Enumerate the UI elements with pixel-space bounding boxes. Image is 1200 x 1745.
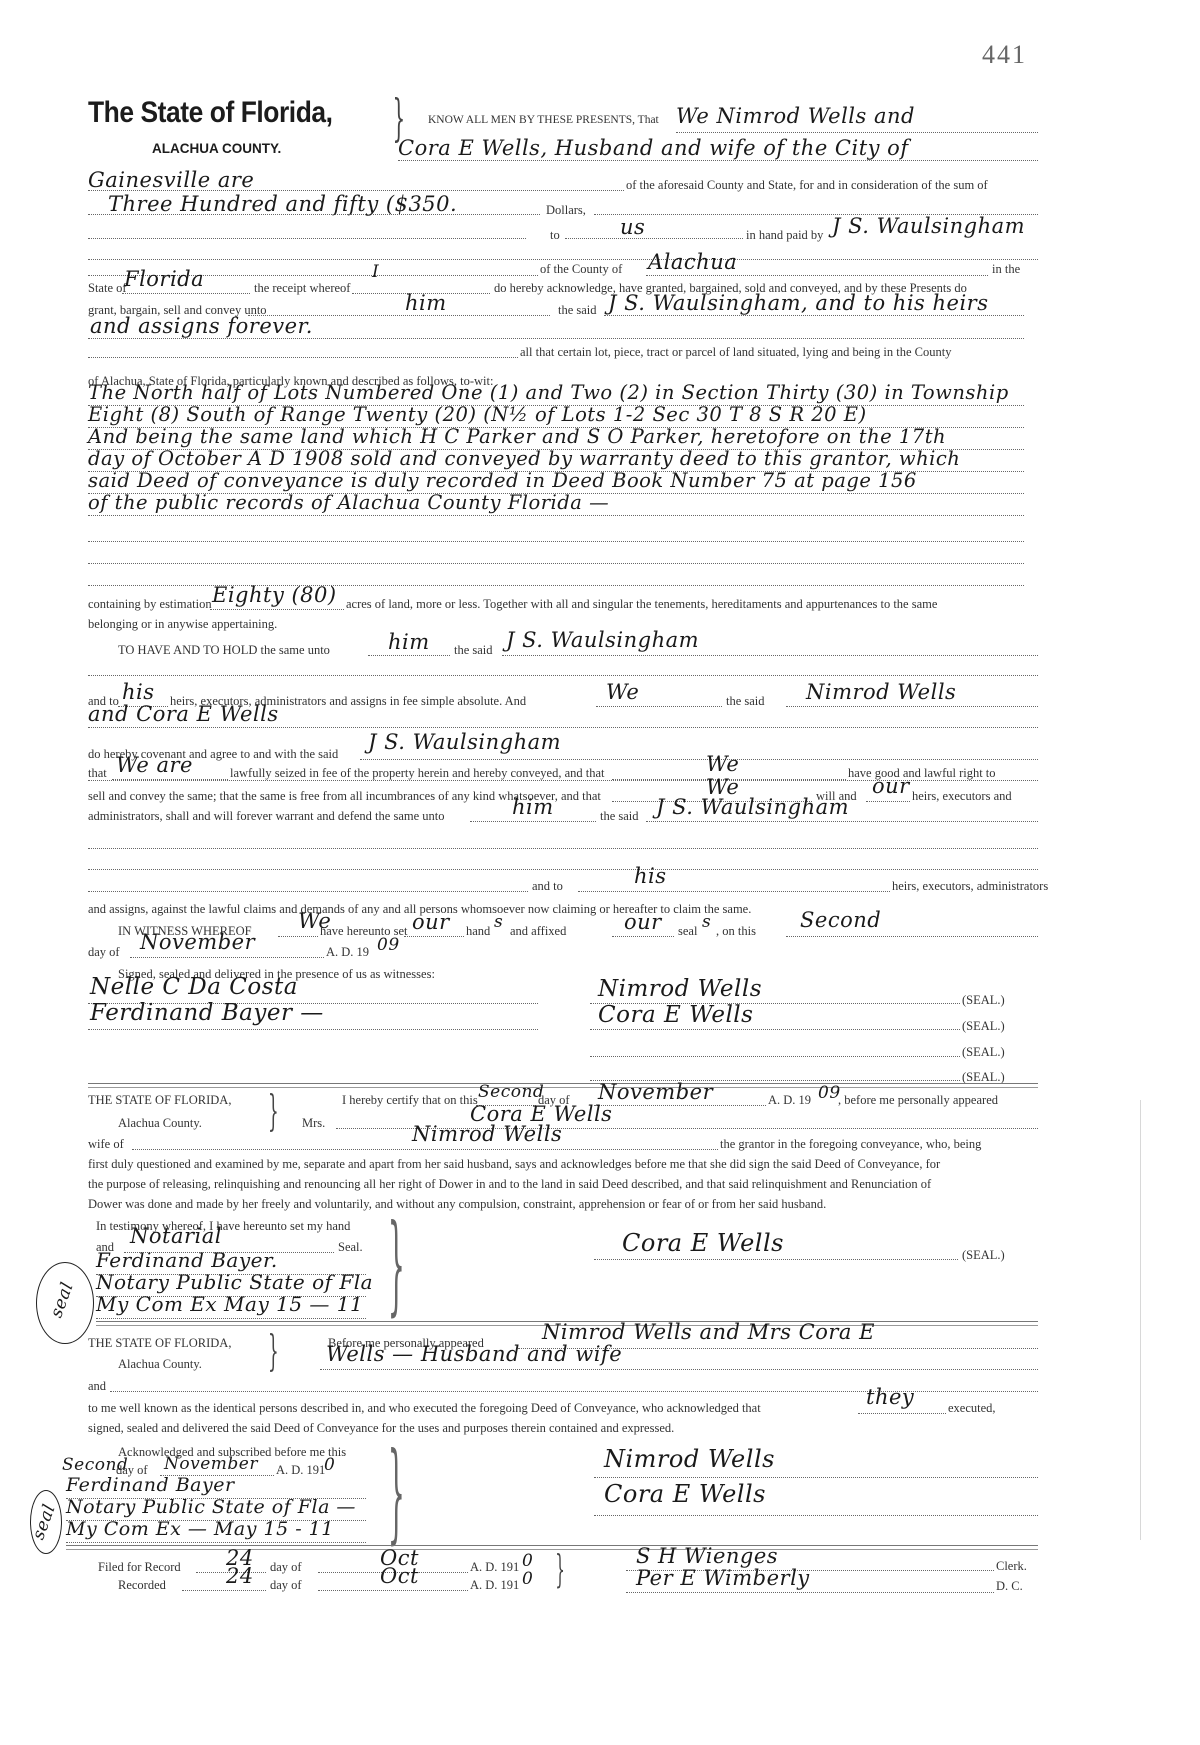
joint-ack-state: THE STATE OF FLORIDA, (88, 1336, 231, 1351)
joint-signature: Cora E Wells (604, 1480, 766, 1508)
state-of-label: State of (88, 281, 127, 296)
filed-label: Filed for Record (98, 1560, 181, 1575)
before-value-2: Wells — Husband and wife (326, 1342, 622, 1366)
well-known-text: to me well known as the identical person… (88, 1401, 761, 1416)
hand-label: hand (466, 924, 490, 939)
before-value: Nimrod Wells and Mrs Cora E (542, 1320, 875, 1344)
and-to-2-value: his (634, 864, 667, 888)
know-all-label: KNOW ALL MEN BY THESE PRESENTS, That (428, 114, 659, 126)
estimation-label: containing by estimation (88, 597, 212, 612)
wife-of-label: wife of (88, 1137, 124, 1152)
notarial-value: Notarial (130, 1224, 222, 1248)
wife-ack-day: Second (478, 1082, 544, 1102)
description-line: day of October A D 1908 sold and conveye… (88, 447, 960, 470)
day-of-label: day of (88, 945, 120, 960)
notary-line: Ferdinand Bayer. (96, 1248, 278, 1272)
admin-said-label: the said (600, 809, 639, 824)
grantors-line-1: We Nimrod Wells and (676, 104, 915, 128)
admin-value: him (512, 795, 554, 819)
seal-mark: (SEAL.) (962, 1045, 1005, 1060)
joint-ack-month: November (164, 1454, 258, 1474)
certify-text: I hereby certify that on this (342, 1093, 478, 1108)
deputy-clerk-signature: Per E Wimberly (636, 1566, 810, 1590)
document-title: The State of Florida, (88, 96, 333, 130)
witness-signature: Nelle C Da Costa (90, 974, 298, 1000)
and-label: and (88, 1379, 106, 1394)
wife-ack-month: November (598, 1080, 713, 1104)
recorded-year: 0 (522, 1569, 533, 1589)
wife-ack-state: THE STATE OF FLORIDA, (88, 1093, 231, 1108)
page-number: 441 (982, 40, 1027, 70)
mrs-label: Mrs. (302, 1116, 325, 1131)
estimation-value: Eighty (80) (212, 583, 337, 607)
the-said-label: the said (558, 303, 597, 318)
executed-text: executed, (948, 1401, 996, 1416)
to-value: us (620, 215, 645, 239)
description-line: The North half of Lots Numbered One (1) … (88, 381, 1009, 404)
said-value: Nimrod Wells (806, 680, 956, 704)
wife-ack-body: Dower was done and made by her freely an… (88, 1197, 826, 1212)
wife-of-value: Nimrod Wells (412, 1122, 562, 1146)
assigns-line: and assigns forever. (90, 314, 313, 338)
notary-line: My Com Ex May 15 — 11 (96, 1292, 363, 1316)
lot-text: all that certain lot, piece, tract or pa… (520, 345, 951, 360)
day-of-label: day of (270, 1560, 302, 1575)
will-value: our (872, 774, 910, 798)
grantors-line-3: Gainesville are (88, 168, 254, 192)
month-value: November (140, 930, 255, 954)
and-to-2-label: and to (532, 879, 563, 894)
brace: } (555, 1548, 565, 1590)
grantee-line: J S. Waulsingham, and to his heirs (608, 291, 988, 315)
dollars-label: Dollars, (546, 203, 586, 218)
description-line: Eight (8) South of Range Twenty (20) (N½… (88, 403, 867, 426)
seal-suffix: s (702, 912, 711, 932)
clerk-signature: S H Wienges (636, 1544, 778, 1568)
seal-label: seal (678, 924, 697, 939)
grantor-signature: Nimrod Wells (598, 976, 762, 1002)
aforesaid-text: of the aforesaid County and State, for a… (626, 178, 988, 193)
seal-text: Seal. (338, 1240, 363, 1255)
on-this-label: , on this (716, 924, 756, 939)
paid-by-label: in hand paid by (746, 228, 823, 243)
grantors-line-2: Cora E Wells, Husband and wife of the Ci… (398, 136, 909, 160)
deputy-clerk-label: D. C. (996, 1579, 1023, 1594)
recorded-month: Oct (380, 1564, 419, 1588)
margin-line (1140, 1100, 1141, 1540)
description-line: said Deed of conveyance is duly recorded… (88, 469, 917, 492)
brace: } (388, 1210, 405, 1320)
seal-mark: (SEAL.) (962, 993, 1005, 1008)
and-to-value: his (122, 680, 155, 704)
notary-line: My Com Ex — May 15 - 11 (66, 1518, 334, 1540)
wife-ack-county: Alachua County. (118, 1116, 202, 1131)
brace: } (268, 1088, 279, 1134)
day-value: Second (800, 908, 881, 932)
wife-ack-body: first duly questioned and examined by me… (88, 1157, 940, 1172)
notary-line: Notary Public State of Fla — (66, 1496, 356, 1518)
state-of-value: Florida (124, 267, 204, 291)
description-line: And being the same land which H C Parker… (88, 425, 946, 448)
ad-label: A. D. 19 (326, 945, 369, 960)
admin-text: administrators, shall and will forever w… (88, 809, 444, 824)
that-value: We are (116, 753, 193, 777)
seal-mark: (SEAL.) (962, 1248, 1005, 1263)
wife-ack-body: the purpose of releasing, relinquishing … (88, 1177, 931, 1192)
to-have-label: TO HAVE AND TO HOLD the same unto (118, 643, 330, 658)
witness-signature: Ferdinand Bayer — (90, 1000, 324, 1026)
grantor-signature: Cora E Wells (598, 1002, 753, 1028)
seized-value: We (706, 752, 739, 776)
section-divider (66, 1545, 1038, 1550)
county-heading: ALACHUA COUNTY. (152, 141, 281, 156)
said-value-2: and Cora E Wells (88, 702, 279, 726)
and-value: We (606, 680, 639, 704)
amount-written: Three Hundred and fifty ($350. (108, 192, 457, 216)
in-the-label: in the (992, 262, 1020, 277)
seal-mark: (SEAL.) (962, 1019, 1005, 1034)
they-value: they (866, 1385, 914, 1409)
our-1-value: our (412, 910, 450, 934)
acres-text: acres of land, more or less. Together wi… (346, 597, 937, 612)
grantor-text: the grantor in the foregoing conveyance,… (720, 1137, 981, 1152)
before-me-text: , before me personally appeared (838, 1093, 998, 1108)
that-label: that (88, 766, 107, 781)
brace: } (388, 1438, 405, 1548)
affixed-label: and affixed (510, 924, 566, 939)
filed-year: 0 (522, 1551, 533, 1571)
paid-by-value: J S. Waulsingham (832, 214, 1025, 238)
the-said-label: the said (454, 643, 493, 658)
belonging-text: belonging or in anywise appertaining. (88, 617, 277, 632)
ad-label: A. D. 19 (768, 1093, 811, 1108)
to-have-value: him (388, 630, 430, 654)
habendum-grantee: J S. Waulsingham (506, 628, 699, 652)
receipt-label: the receipt whereof (254, 281, 350, 296)
description-line: of the public records of Alachua County … (88, 491, 609, 514)
county-of-label: of the County of (540, 262, 622, 277)
seized-text: lawfully seized in fee of the property h… (230, 766, 605, 781)
year-value: 09 (377, 935, 400, 955)
receipt-value: I (372, 262, 379, 282)
our-2-value: our (624, 910, 662, 934)
day-of-label: day of (270, 1578, 302, 1593)
notary-line: Notary Public State of Fla (96, 1270, 373, 1294)
signed-text: signed, sealed and delivered the said De… (88, 1421, 674, 1436)
clerk-label: Clerk. (996, 1559, 1027, 1574)
said-label: the said (726, 694, 765, 709)
section-divider (88, 1083, 1038, 1088)
grant-value: him (405, 291, 447, 315)
heirs-exec-text: heirs, executors and (912, 789, 1012, 804)
to-label: to (550, 228, 560, 243)
recorded-day: 24 (226, 1564, 254, 1588)
ad-label: A. D. 191 (276, 1463, 325, 1478)
county-of-value: Alachua (648, 250, 737, 274)
ad-label: A. D. 191 (470, 1560, 519, 1575)
brace: } (268, 1328, 279, 1374)
joint-ack-county: Alachua County. (118, 1357, 202, 1372)
admin-grantee: J S. Waulsingham (656, 795, 849, 819)
ad-label: A. D. 191 (470, 1578, 519, 1593)
covenant-value: J S. Waulsingham (368, 730, 561, 754)
joint-signature: Nimrod Wells (604, 1445, 775, 1473)
heirs-exec-2-text: heirs, executors, administrators (892, 879, 1048, 894)
recorded-label: Recorded (118, 1578, 166, 1593)
joint-ack-year: 0 (324, 1455, 335, 1475)
notary-line: Ferdinand Bayer (66, 1474, 235, 1496)
hand-suffix: s (494, 912, 503, 932)
good-right-text: have good and lawful right to (848, 766, 996, 781)
wife-signature: Cora E Wells (622, 1229, 784, 1257)
